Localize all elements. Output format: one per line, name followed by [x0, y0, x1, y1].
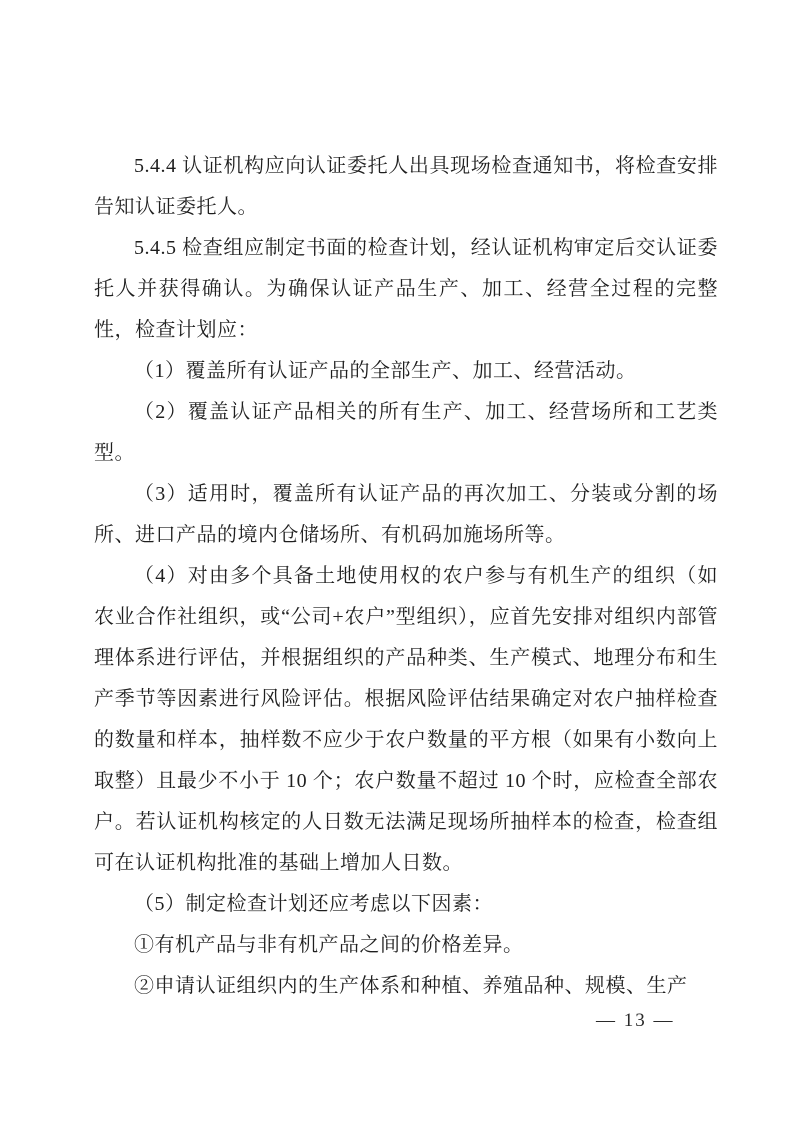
page-number: — 13 — [596, 1006, 675, 1036]
document-body: 5.4.4 认证机构应向认证委托人出具现场检查通知书，将检查安排告知认证委托人。… [94, 146, 718, 1007]
list-item-1: （1）覆盖所有认证产品的全部生产、加工、经营活动。 [94, 351, 718, 392]
page-footer: — 13 — [0, 1006, 794, 1036]
list-item-4: （4）对由多个具备土地使用权的农户参与有机生产的组织（如农业合作社组织，或“公司… [94, 556, 718, 884]
clause-5-4-5: 5.4.5 检查组应制定书面的检查计划，经认证机构审定后交认证委托人并获得确认。… [94, 228, 718, 351]
sub-item-circle-2: ②申请认证组织内的生产体系和种植、养殖品种、规模、生产 [94, 966, 718, 1007]
list-item-3: （3）适用时，覆盖所有认证产品的再次加工、分装或分割的场所、进口产品的境内仓储场… [94, 474, 718, 556]
clause-5-4-4: 5.4.4 认证机构应向认证委托人出具现场检查通知书，将检查安排告知认证委托人。 [94, 146, 718, 228]
list-item-2: （2）覆盖认证产品相关的所有生产、加工、经营场所和工艺类型。 [94, 392, 718, 474]
list-item-5: （5）制定检查计划还应考虑以下因素： [94, 884, 718, 925]
document-page: { "document": { "paragraphs": [ { "id": … [0, 0, 794, 1123]
sub-item-circle-1: ①有机产品与非有机产品之间的价格差异。 [94, 925, 718, 966]
